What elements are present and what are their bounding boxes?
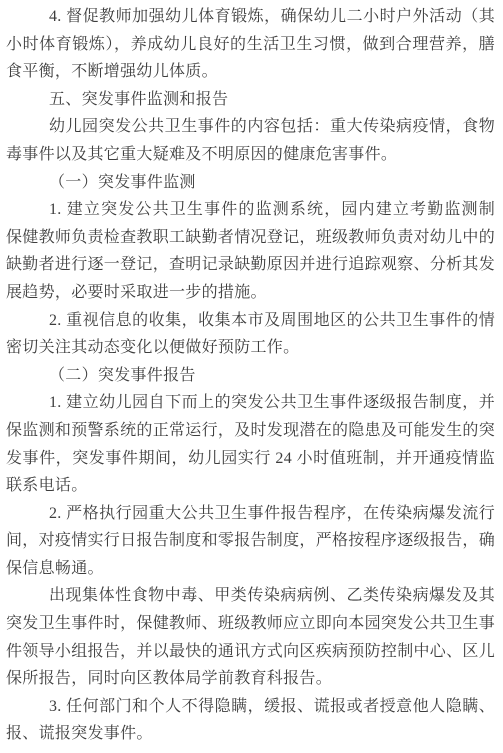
text-line: 保信息畅通。 [6, 555, 495, 583]
text-line: 3. 任何部门和个人不得隐瞒，缓报、谎报或者授意他人隐瞒、缓 [6, 693, 495, 721]
text-line: 2. 严格执行园重大公共卫生事件报告程序，在传染病爆发流行期 [6, 500, 495, 528]
text-line: 发事件，突发事件期间，幼儿园实行 24 小时值班制，并开通疫情监控 [6, 445, 495, 473]
document-page: 4. 督促教师加强幼儿体育锻炼，确保幼儿二小时户外活动（其中 1小时体育锻炼），… [0, 0, 503, 753]
text-line: 毒事件以及其它重大疑难及不明原因的健康危害事件。 [6, 141, 495, 169]
text-line: 突发卫生事件时，保健教师、班级教师应立即向本园突发公共卫生事 [6, 610, 495, 638]
text-line: 间，对疫情实行日报告制度和零报告制度，严格按程序逐级报告，确 [6, 527, 495, 555]
text-line: 缺勤者进行逐一登记，查明记录缺勤原因并进行追踪观察、分析其发 [6, 251, 495, 279]
document-body: 4. 督促教师加强幼儿体育锻炼，确保幼儿二小时户外活动（其中 1小时体育锻炼），… [6, 3, 495, 748]
text-line: 出现集体性食物中毒、甲类传染病病例、乙类传染病爆发及其他 [6, 582, 495, 610]
text-line: 2. 重视信息的收集，收集本市及周围地区的公共卫生事件的情报， [6, 307, 495, 335]
text-line: （二）突发事件报告 [6, 362, 495, 390]
text-line: 1. 建立突发公共卫生事件的监测系统，园内建立考勤监测制度， [6, 196, 495, 224]
text-line: 报、谎报突发事件。 [6, 720, 495, 748]
text-line: 五、突发事件监测和报告 [6, 86, 495, 114]
text-line: 小时体育锻炼），养成幼儿良好的生活卫生习惯，做到合理营养，膳 [6, 31, 495, 59]
text-line: 密切关注其动态变化以便做好预防工作。 [6, 334, 495, 362]
text-line: 展趋势，必要时采取进一步的措施。 [6, 279, 495, 307]
text-line: 保监测和预警系统的正常运行，及时发现潜在的隐患及可能发生的突 [6, 417, 495, 445]
text-line: 件领导小组报告，并以最快的通讯方式向区疾病预防控制中心、区儿 [6, 638, 495, 666]
text-line: 保所报告，同时向区教体局学前教育科报告。 [6, 665, 495, 693]
text-line: （一）突发事件监测 [6, 169, 495, 197]
text-line: 4. 督促教师加强幼儿体育锻炼，确保幼儿二小时户外活动（其中 1 [6, 3, 495, 31]
text-line: 1. 建立幼儿园自下而上的突发公共卫生事件逐级报告制度，并确 [6, 389, 495, 417]
text-line: 食平衡，不断增强幼儿体质。 [6, 58, 495, 86]
text-line: 保健教师负责检查教职工缺勤者情况登记，班级教师负责对幼儿中的 [6, 224, 495, 252]
text-line: 幼儿园突发公共卫生事件的内容包括：重大传染病疫情，食物中 [6, 113, 495, 141]
text-line: 联系电话。 [6, 472, 495, 500]
